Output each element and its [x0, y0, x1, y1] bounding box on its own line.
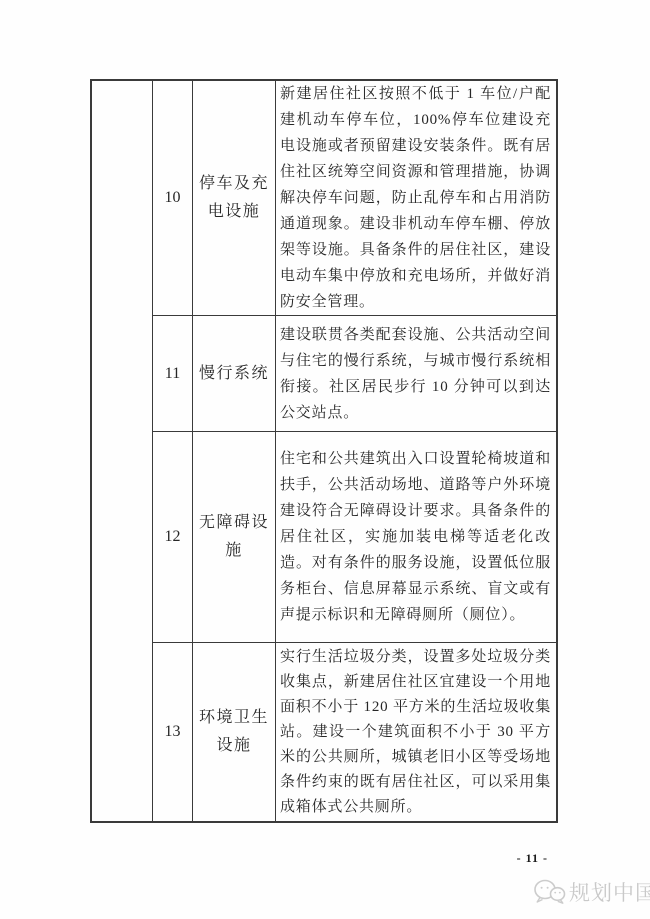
- row-description: 住宅和公共建筑出入口设置轮椅坡道和扶手，公共活动场地、道路等户外环境建设符合无障…: [280, 446, 551, 628]
- wechat-icon: [533, 878, 566, 907]
- row-description: 新建居住社区按照不低于 1 车位/户配建机动车停车位，100%停车位建设充电设施…: [280, 81, 551, 315]
- table-row: 11 慢行系统 建设联贯各类配套设施、公共活动空间与住宅的慢行系统，与城市慢行系…: [153, 315, 556, 431]
- row-number: 13: [153, 643, 193, 821]
- table-spanner-cell: [92, 81, 153, 821]
- row-description-cell: 建设联贯各类配套设施、公共活动空间与住宅的慢行系统，与城市慢行系统相衔接。社区居…: [276, 316, 556, 431]
- row-description-cell: 新建居住社区按照不低于 1 车位/户配建机动车停车位，100%停车位建设充电设施…: [276, 81, 556, 315]
- row-number: 11: [153, 316, 193, 431]
- row-category: 停车及充电设施: [193, 81, 276, 315]
- row-description: 实行生活垃圾分类，设置多处垃圾分类收集点，新建居住社区宜建设一个用地面积不小于 …: [280, 645, 551, 820]
- row-description: 建设联贯各类配套设施、公共活动空间与住宅的慢行系统，与城市慢行系统相衔接。社区居…: [280, 322, 551, 426]
- table-row: 12 无障碍设施 住宅和公共建筑出入口设置轮椅坡道和扶手，公共活动场地、道路等户…: [153, 431, 556, 642]
- row-category: 无障碍设施: [193, 432, 276, 642]
- row-description-cell: 住宅和公共建筑出入口设置轮椅坡道和扶手，公共活动场地、道路等户外环境建设符合无障…: [276, 432, 556, 642]
- watermark: 规划中国: [533, 877, 650, 907]
- document-page: 10 停车及充电设施 新建居住社区按照不低于 1 车位/户配建机动车停车位，10…: [0, 0, 650, 919]
- row-category: 环境卫生设施: [193, 643, 276, 821]
- table-row: 10 停车及充电设施 新建居住社区按照不低于 1 车位/户配建机动车停车位，10…: [153, 81, 556, 315]
- row-number: 12: [153, 432, 193, 642]
- watermark-label: 规划中国: [569, 877, 650, 907]
- row-description-cell: 实行生活垃圾分类，设置多处垃圾分类收集点，新建居住社区宜建设一个用地面积不小于 …: [276, 643, 556, 821]
- table-rows: 10 停车及充电设施 新建居住社区按照不低于 1 车位/户配建机动车停车位，10…: [153, 81, 556, 821]
- row-category: 慢行系统: [193, 316, 276, 431]
- row-number: 10: [153, 81, 193, 315]
- table-row: 13 环境卫生设施 实行生活垃圾分类，设置多处垃圾分类收集点，新建居住社区宜建设…: [153, 642, 556, 821]
- requirements-table: 10 停车及充电设施 新建居住社区按照不低于 1 车位/户配建机动车停车位，10…: [90, 79, 558, 823]
- page-number: - 11 -: [517, 851, 548, 866]
